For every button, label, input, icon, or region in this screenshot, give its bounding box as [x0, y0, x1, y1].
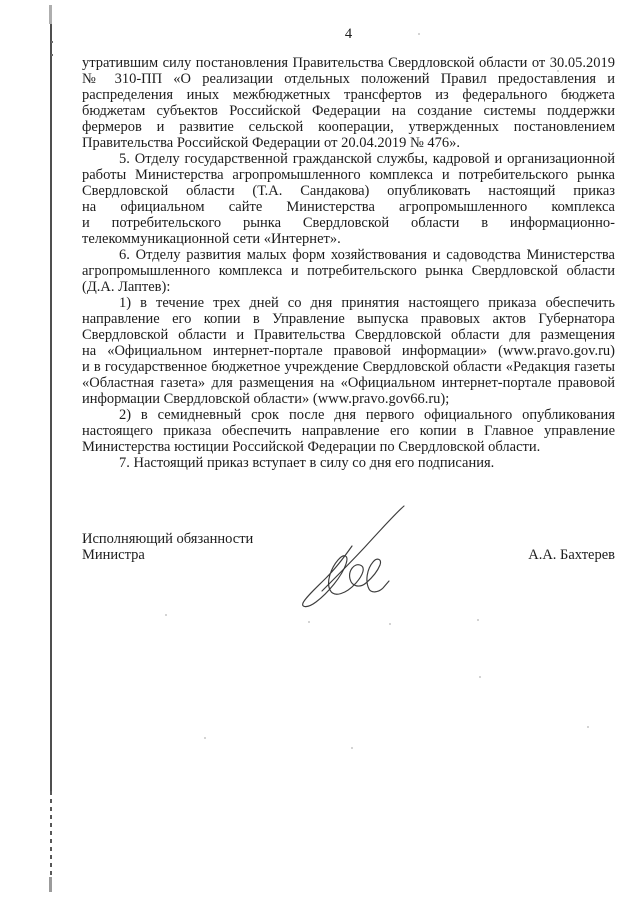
scan-artifact-tick — [51, 41, 53, 43]
paragraph-item-6: 6. Отделу развития малых форм хозяйствов… — [82, 247, 615, 295]
signatory-title-line2: Министра — [82, 547, 253, 563]
paragraph-continuation: утратившим силу постановления Правительс… — [82, 55, 615, 151]
scan-noise-dot — [479, 676, 481, 678]
scan-artifact-cap — [49, 5, 52, 24]
paragraph-item-5: 5. Отделу государственной гражданской сл… — [82, 151, 615, 247]
signature-icon — [298, 498, 416, 613]
paragraph-item-7: 7. Настоящий приказ вступает в силу со д… — [82, 455, 615, 471]
signatory-title: Исполняющий обязанности Министра — [82, 531, 253, 563]
scan-noise-dot — [418, 33, 420, 35]
scan-noise-dot — [308, 621, 310, 623]
signatory-title-line1: Исполняющий обязанности — [82, 531, 253, 547]
scan-noise-dot — [557, 70, 559, 72]
document-page: 4 утратившим силу постановления Правител… — [0, 0, 640, 905]
scan-noise-dot — [389, 623, 391, 625]
scan-artifact-blob — [49, 877, 52, 892]
scan-noise-dot — [587, 726, 589, 728]
scan-artifact-line-dashed — [50, 791, 52, 877]
scan-noise-dot — [477, 619, 479, 621]
signatory-name: А.А. Бахтерев — [528, 547, 615, 563]
scan-artifact-line — [50, 24, 52, 791]
scan-artifact-tick — [51, 54, 53, 56]
scan-noise-dot — [351, 747, 353, 749]
paragraph-subitem-2: 2) в семидневный срок после дня первого … — [82, 407, 615, 455]
scan-noise-dot — [165, 614, 167, 616]
document-body: 4 утратившим силу постановления Правител… — [82, 26, 615, 471]
paragraph-subitem-1: 1) в течение трех дней со дня принятия н… — [82, 295, 615, 407]
page-number: 4 — [82, 26, 615, 42]
scan-noise-dot — [204, 737, 206, 739]
